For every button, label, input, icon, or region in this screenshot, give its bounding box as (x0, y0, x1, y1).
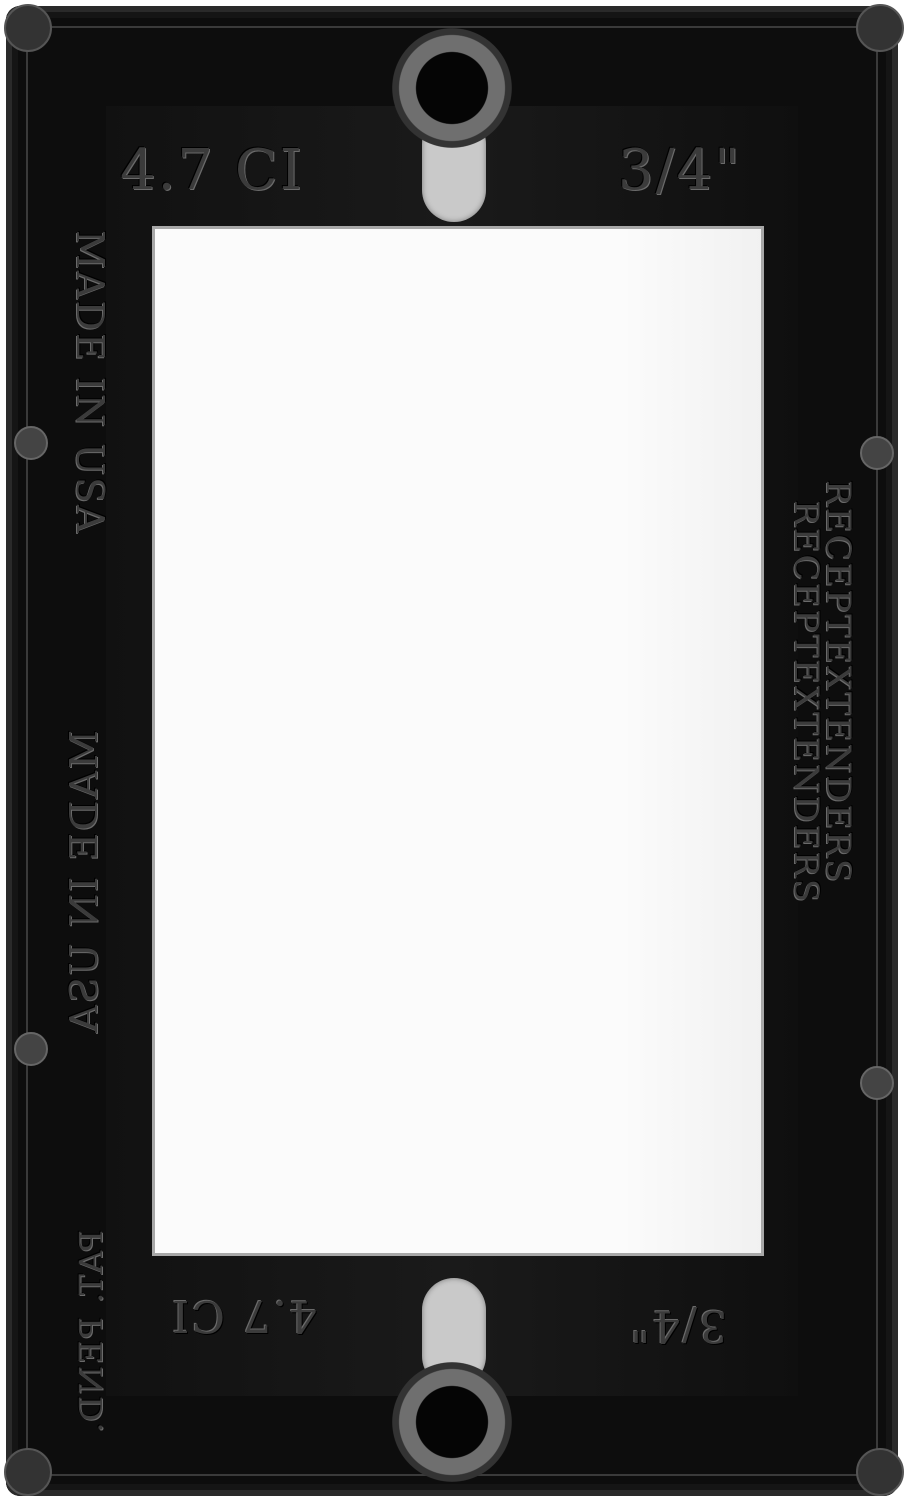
corner-post-icon (4, 1448, 52, 1496)
side-pin-icon (860, 1066, 894, 1100)
side-pin-icon (14, 1032, 48, 1066)
side-pin-icon (14, 426, 48, 460)
embossed-made-in-usa: MADE IN USA (68, 230, 112, 534)
opening-shadow (621, 229, 761, 1253)
side-pin-icon (860, 436, 894, 470)
bottom-screw-hole-icon (392, 1362, 512, 1482)
embossed-patent: PAT. PEND. (72, 1230, 110, 1435)
embossed-brand-inner: RECEPTEXTENDERS (786, 500, 826, 904)
embossed-capacity-bottom: 4.7 CI (170, 1290, 317, 1341)
device-opening (152, 226, 764, 1256)
corner-post-icon (856, 1448, 904, 1496)
embossed-depth-bottom: 3/4" (628, 1300, 727, 1351)
corner-post-icon (4, 4, 52, 52)
corner-post-icon (856, 4, 904, 52)
embossed-depth: 3/4" (618, 138, 742, 203)
top-screw-hole-icon (392, 28, 512, 148)
embossed-made-in-usa-mirrored: MADE IN USA (62, 730, 106, 1034)
embossed-capacity: 4.7 CI (120, 138, 304, 203)
